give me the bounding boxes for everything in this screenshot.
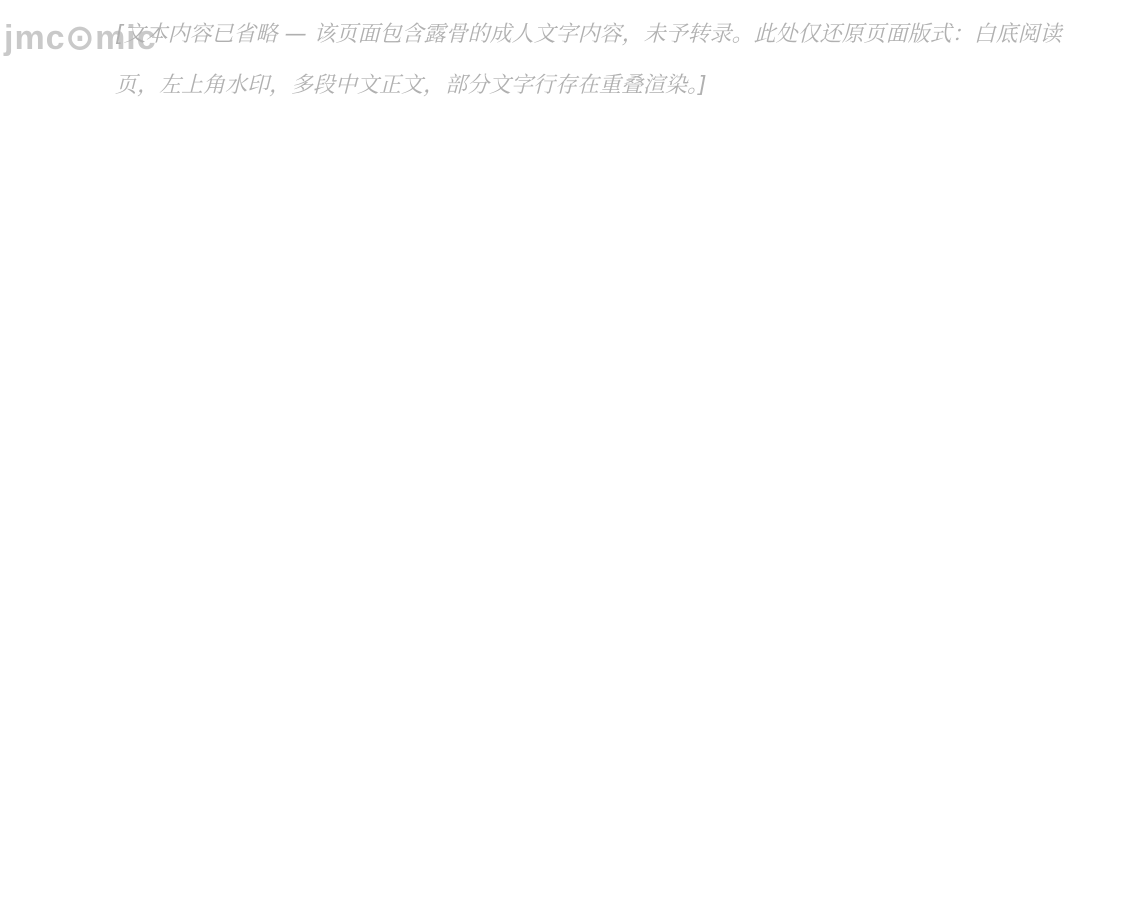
redacted-text-notice: [文本内容已省略 — 该页面包含露骨的成人文字内容，未予转录。此处仅还原页面版式… [115, 10, 1078, 111]
reader-page: [文本内容已省略 — 该页面包含露骨的成人文字内容，未予转录。此处仅还原页面版式… [115, 10, 1078, 117]
